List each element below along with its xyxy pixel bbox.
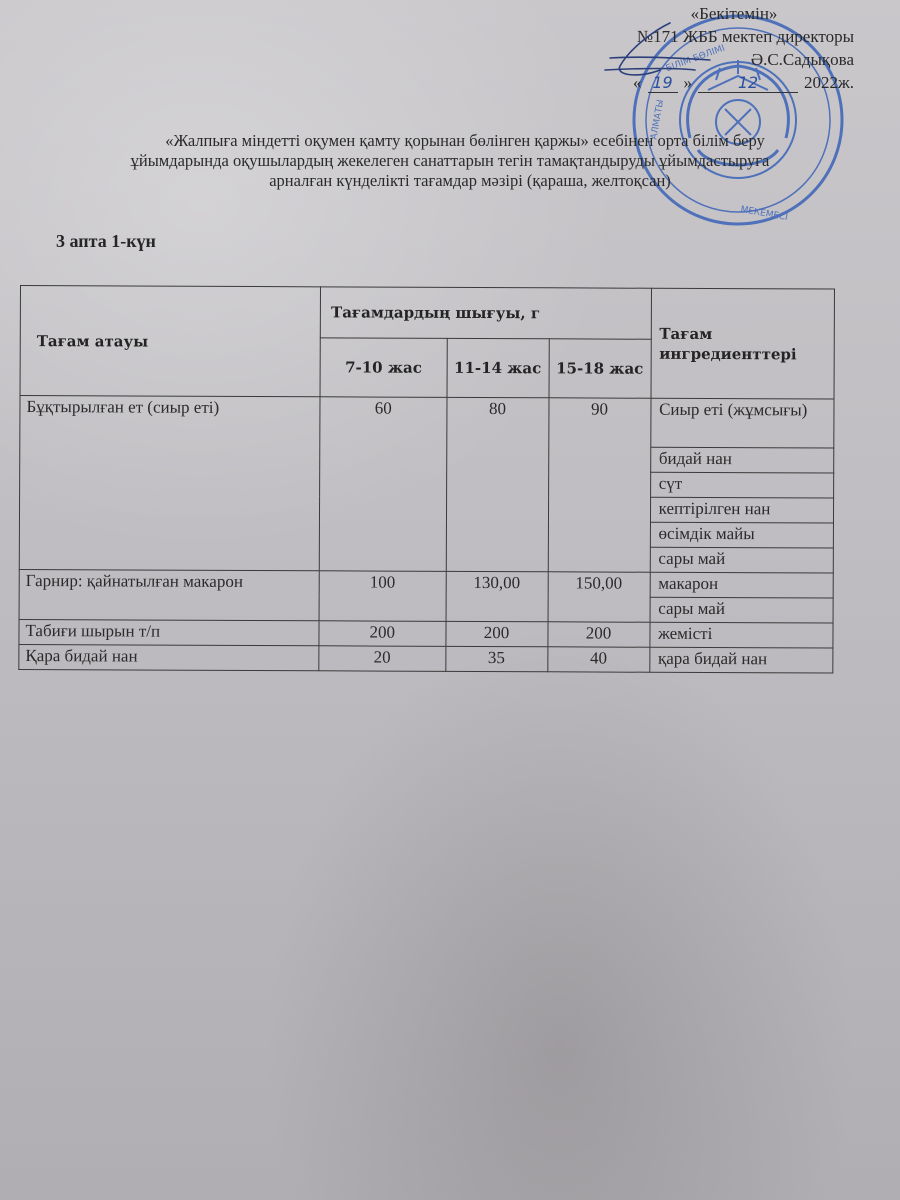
- title-line-3: арналған күнделікті тағамдар мәзірі (қар…: [40, 171, 860, 191]
- header-age-7-10: 7-10 жас: [320, 338, 447, 398]
- value-7-10: 200: [319, 621, 445, 647]
- dish-name: Қара бидай нан: [19, 644, 319, 670]
- table-row: Бұқтырылған ет (сиыр еті) 60 80 90 Сиыр …: [20, 396, 834, 449]
- title-line-1: «Жалпыға міндетті оқумен қамту қорынан б…: [40, 131, 860, 151]
- table-row: Қара бидай нан 20 35 40 қара бидай нан: [19, 644, 833, 673]
- value-15-18: 150,00: [548, 572, 650, 622]
- header-row: Тағам атауы Тағамдардың шығуы, г Тағам и…: [20, 286, 834, 341]
- value-15-18: 90: [548, 398, 651, 572]
- value-11-14: 35: [445, 646, 547, 671]
- value-11-14: 80: [446, 397, 549, 571]
- value-7-10: 100: [319, 571, 446, 622]
- ingredient: жемісті: [650, 622, 833, 648]
- value-11-14: 130,00: [446, 571, 548, 621]
- value-7-10: 60: [319, 397, 446, 572]
- ingredient: сары май: [650, 547, 833, 573]
- document-title: «Жалпыға міндетті оқумен қамту қорынан б…: [40, 131, 860, 191]
- header-dish-name: Тағам атауы: [20, 286, 321, 397]
- ingredient: өсімдік майы: [650, 522, 833, 548]
- header-age-15-18: 15-18 жас: [549, 339, 651, 398]
- dish-name: Гарнир: қайнатылған макарон: [19, 569, 319, 620]
- title-line-2: ұйымдарында оқушылардың жекелеген санатт…: [40, 151, 860, 171]
- ingredient: бидай нан: [650, 447, 833, 473]
- value-15-18: 200: [547, 622, 649, 647]
- menu-table: Тағам атауы Тағамдардың шығуы, г Тағам и…: [18, 285, 835, 674]
- header-age-11-14: 11-14 жас: [447, 338, 549, 397]
- ingredient: кептірілген нан: [650, 497, 833, 523]
- ingredient: қара бидай нан: [649, 647, 832, 673]
- day-label: 3 апта 1-күн: [56, 231, 156, 252]
- signature-icon: [600, 18, 720, 88]
- ingredient: макарон: [650, 572, 833, 598]
- value-11-14: 200: [445, 621, 547, 646]
- header-output-group: Тағамдардың шығуы, г: [320, 287, 651, 339]
- ingredient: Сиыр еті (жұмсығы): [650, 398, 834, 448]
- header-ingredients: Тағам ингредиенттері: [651, 288, 835, 399]
- table-row: Табиғи шырын т/п 200 200 200 жемісті: [19, 619, 833, 648]
- date-year: 2022ж.: [804, 71, 854, 94]
- table-row: Гарнир: қайнатылған макарон 100 130,00 1…: [19, 569, 833, 598]
- dish-name: Бұқтырылған ет (сиыр еті): [19, 396, 320, 571]
- value-15-18: 40: [547, 647, 649, 672]
- ingredient: сүт: [650, 472, 833, 498]
- value-7-10: 20: [319, 646, 445, 672]
- ingredient: сары май: [650, 597, 833, 623]
- dish-name: Табиғи шырын т/п: [19, 619, 319, 645]
